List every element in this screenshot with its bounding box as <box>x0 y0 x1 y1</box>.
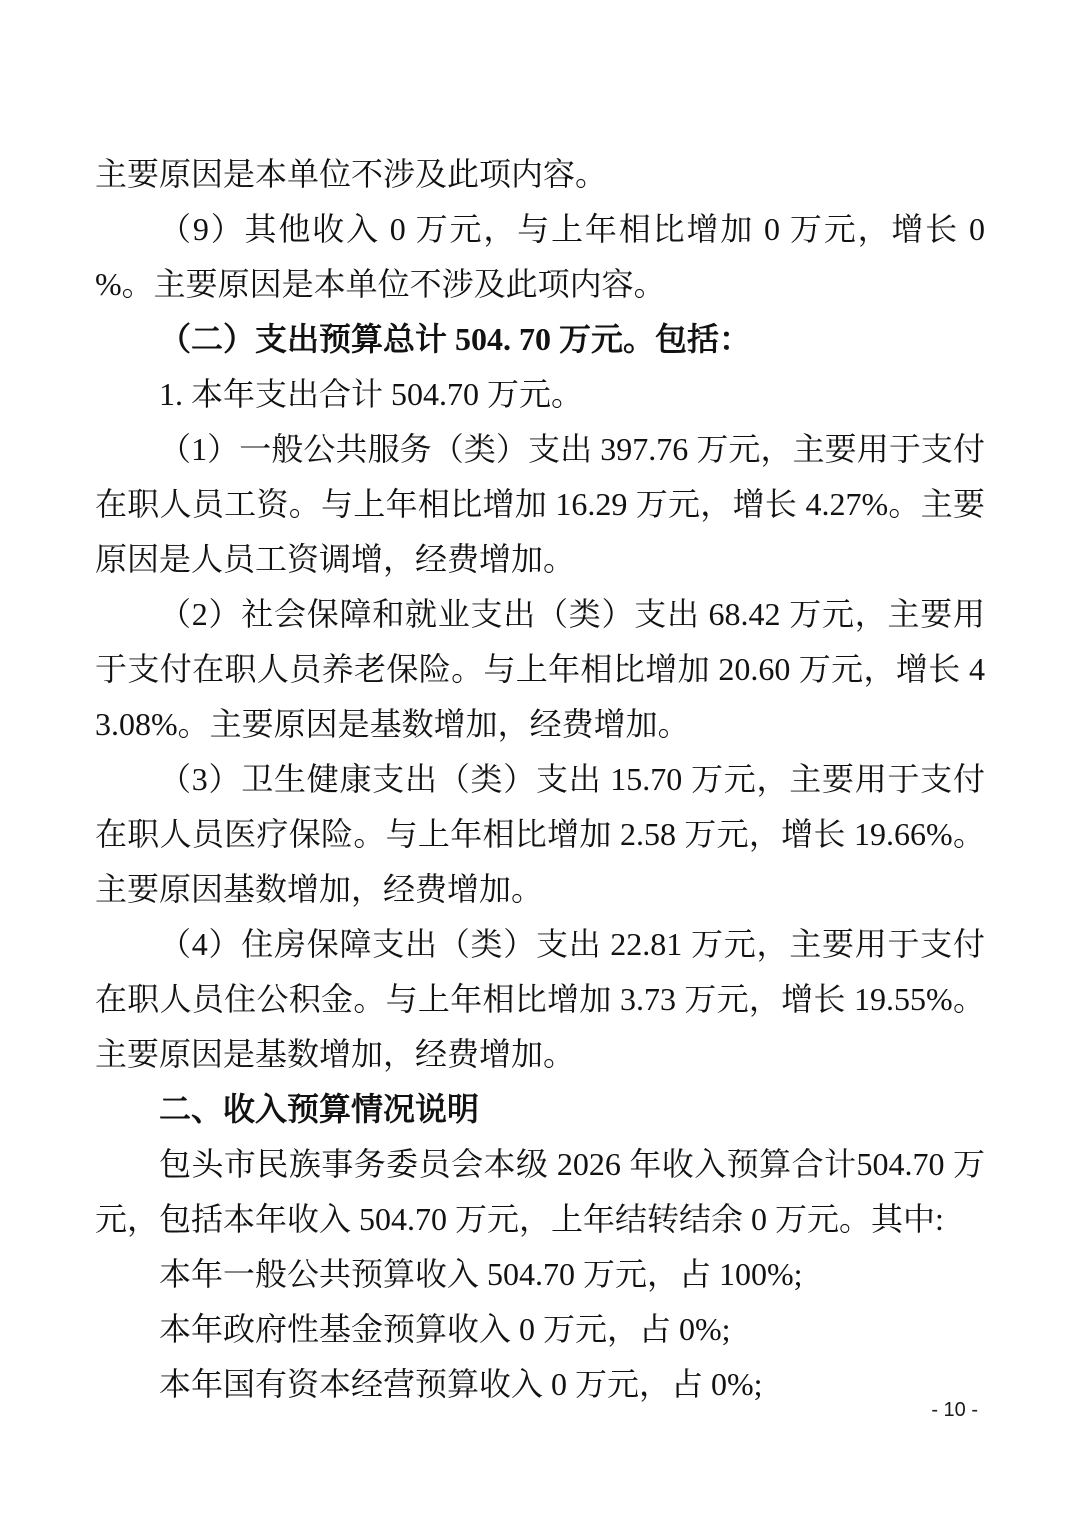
paragraph-revenue-budget-total: 包头市民族事务委员会本级 2026 年收入预算合计504.70 万元，包括本年收… <box>95 1137 985 1247</box>
paragraph-item-9-other-income: （9）其他收入 0 万元，与上年相比增加 0 万元，增长 0 %。主要原因是本单… <box>95 202 985 312</box>
document-content: 主要原因是本单位不涉及此项内容。 （9）其他收入 0 万元，与上年相比增加 0 … <box>95 147 985 1412</box>
paragraph-item-2-social-security-employment: （2）社会保障和就业支出（类）支出 68.42 万元，主要用于支付在职人员养老保… <box>95 587 985 752</box>
paragraph-state-capital-budget-revenue: 本年国有资本经营预算收入 0 万元，占 0%; <box>95 1357 985 1412</box>
page-number: - 10 - <box>931 1398 978 1422</box>
paragraph-current-year-expenditure-total: 1. 本年支出合计 504.70 万元。 <box>95 367 985 422</box>
paragraph-item-3-health: （3）卫生健康支出（类）支出 15.70 万元，主要用于支付在职人员医疗保险。与… <box>95 752 985 917</box>
paragraph-government-fund-budget-revenue: 本年政府性基金预算收入 0 万元，占 0%; <box>95 1302 985 1357</box>
paragraph-item-1-general-public-services: （1）一般公共服务（类）支出 397.76 万元，主要用于支付在职人员工资。与上… <box>95 422 985 587</box>
section-heading-expenditure-budget: （二）支出预算总计 504. 70 万元。包括： <box>95 312 985 367</box>
paragraph-general-public-budget-revenue: 本年一般公共预算收入 504.70 万元，占 100%; <box>95 1247 985 1302</box>
document-page: 主要原因是本单位不涉及此项内容。 （9）其他收入 0 万元，与上年相比增加 0 … <box>0 0 1075 1520</box>
section-heading-revenue-budget-notes: 二、收入预算情况说明 <box>95 1082 985 1137</box>
paragraph-item-4-housing-security: （4）住房保障支出（类）支出 22.81 万元，主要用于支付在职人员住公积金。与… <box>95 917 985 1082</box>
paragraph-continuation: 主要原因是本单位不涉及此项内容。 <box>95 147 985 202</box>
